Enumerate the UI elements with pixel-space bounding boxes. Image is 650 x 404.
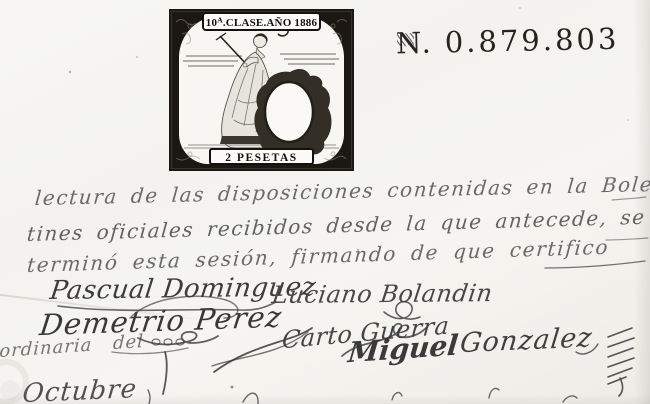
margin-note-octubre: Octubre: [21, 374, 138, 404]
serial-prefix: N.: [396, 26, 433, 61]
right-margin-hatched-rubric: [608, 328, 634, 396]
serial-number: N.0.879.803: [396, 22, 620, 61]
signature-gonzalez: Gonzalez: [458, 322, 594, 359]
stamp-class-text: 10A.CLASE.AÑO 1886: [206, 16, 318, 30]
stamp-denomination-text: 2 PESETAS: [225, 152, 297, 164]
certifico-closing-dash: [545, 261, 645, 268]
demetrio-loops: [152, 339, 184, 345]
stamp-class-banner: 10A.CLASE.AÑO 1886: [203, 13, 320, 30]
revenue-stamp-engraving: 10A.CLASE.AÑO 1886 2 PESETAS: [168, 8, 355, 172]
margin-note-ordinaria-del: ordinaria del: [0, 331, 144, 362]
revenue-stamp: 10A.CLASE.AÑO 1886 2 PESETAS: [168, 8, 355, 172]
manuscript-line-1: lectura de las disposiciones contenidas …: [34, 172, 650, 210]
signature-luciano-bolandin: Luciano Bolandin: [270, 279, 494, 309]
del-descender-stroke: [163, 352, 167, 394]
stamped-paper-document: 10A.CLASE.AÑO 1886 2 PESETAS N.0.879.803…: [0, 0, 650, 404]
paper-edge-shading: [634, 0, 650, 404]
signature-miguel: Miguel: [346, 328, 459, 369]
serial-digits: 0.879.803: [444, 22, 619, 60]
stamp-value-banner: 2 PESETAS: [210, 149, 313, 164]
